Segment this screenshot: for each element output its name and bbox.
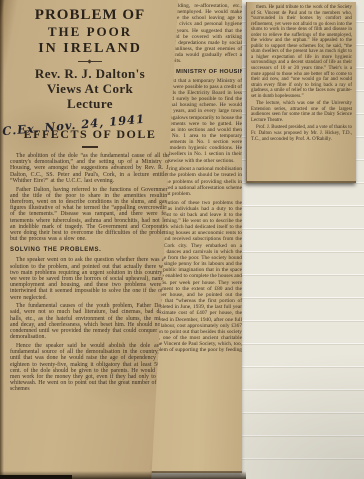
deck-line-3: Lecture (10, 96, 170, 111)
headline-line-1: PROBLEM OF (10, 7, 170, 24)
clipping-headline-column: PROBLEM OF THE POOR IN IRELAND Rev. R. J… (0, 0, 178, 479)
deck-line-2: Views At Cork (10, 81, 170, 96)
bottom-edge-mark (0, 475, 72, 479)
article-paragraph: Hence the speaker said he would abolish … (10, 343, 170, 393)
headline-divider (78, 61, 102, 62)
article-paragraph: them. He paid tribute to the work of the… (251, 5, 352, 99)
section-subhead-solving-the-problems: SOLVING THE PROBLEMS. (10, 246, 170, 254)
article-paragraph: The lecture, which was one of the Univer… (251, 101, 352, 123)
kicker-divider (82, 146, 98, 148)
left-column-text: The abolition of the dole “as the fundam… (10, 153, 170, 393)
article-paragraph: Prof. J. Busteed presided, and a vote of… (251, 125, 352, 142)
article-paragraph: Father Dalton, having referred to the fu… (10, 187, 170, 243)
article-paragraph: The fundamental causes of the youth prob… (10, 303, 170, 340)
article-paragraph: The speaker went on to ask the question … (10, 257, 170, 300)
deck-line-1: Rev. R. J. Dalton's (10, 66, 170, 81)
headline-line-2: THE POOR (10, 24, 170, 40)
headline-line-3: IN IRELAND (10, 40, 170, 57)
clipping-right-column: them. He paid tribute to the work of the… (246, 2, 356, 183)
scrapbook-page: { "annotation": { "handwritten_date": "C… (0, 0, 364, 479)
article-paragraph: The abolition of the dole “as the fundam… (10, 153, 170, 184)
section-subhead-ministry-of-housing: MINISTRY OF HOUSING. (176, 68, 242, 76)
page-left-edge-shadow (0, 0, 4, 479)
